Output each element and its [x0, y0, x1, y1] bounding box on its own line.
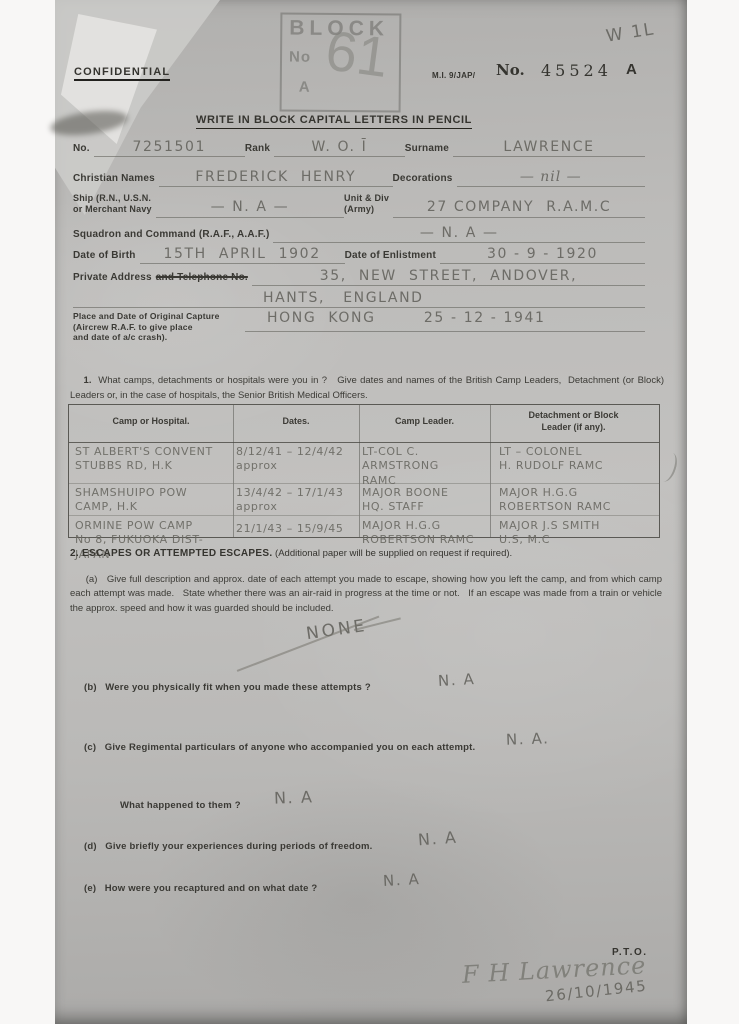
telephone-struck-label: and Telephone No. — [156, 272, 252, 287]
ship-value: — N. A — — [156, 200, 344, 217]
what-happened-label: What happened to them ? — [120, 800, 241, 812]
address-value-line1: 35, NEW STREET, ANDOVER, — [252, 269, 645, 286]
question-1-text: What camps, detachments or hospitals wer… — [70, 375, 667, 400]
rank-label: Rank — [245, 143, 274, 158]
christian-names-label: Christian Names — [73, 173, 159, 188]
cell-leader-1: LT-COL C. ARMSTRONG RAMC — [362, 445, 489, 488]
service-number-value: 7251501 — [94, 140, 245, 157]
cell-dates-2: 13/4/42 – 17/1/43 approx — [236, 486, 358, 515]
capture-label: Place and Date of Original Capture (Airc… — [73, 311, 245, 345]
col-header-leader: Camp Leader. — [359, 416, 490, 428]
row-address-continued: HANTS, ENGLAND — [73, 291, 645, 308]
unit-div-value: 27 COMPANY R.A.M.C — [393, 200, 645, 217]
rank-value: W. O. Ī — [274, 140, 405, 157]
row-capture: Place and Date of Original Capture (Airc… — [73, 311, 645, 345]
question-2a-text: (a) Give full description and approx. da… — [70, 573, 662, 616]
table-row-separator-2 — [69, 515, 659, 516]
row-christian-decorations: Christian Names FREDERICK HENRY Decorati… — [73, 170, 645, 187]
cell-block-3: MAJOR J.S SMITH U.S, M.C — [499, 519, 659, 548]
col-header-dates: Dates. — [233, 416, 359, 428]
table-header-separator — [69, 442, 659, 443]
question-2-heading-bold: 2. ESCAPES OR ATTEMPTED ESCAPES. — [70, 548, 272, 559]
stamp-no-sign: No — [289, 49, 311, 66]
stamp-letter: A — [299, 79, 310, 96]
question-2b-label: (b) Were you physically fit when you mad… — [84, 682, 371, 694]
cell-camp-2: SHAMSHUIPO POW CAMP, H.K — [75, 486, 231, 515]
date-of-birth-label: Date of Birth — [73, 250, 140, 265]
question-2-heading: 2. ESCAPES OR ATTEMPTED ESCAPES. (Additi… — [70, 548, 664, 559]
date-of-birth-value: 15TH APRIL 1902 — [140, 247, 345, 264]
question-2b-answer: N. A — [438, 671, 476, 689]
serial-suffix: A — [626, 61, 637, 78]
christian-names-value: FREDERICK HENRY — [159, 170, 393, 187]
squadron-label: Squadron and Command (R.A.F., A.A.F.) — [73, 229, 273, 244]
ship-label: Ship (R.N., U.S.N. or Merchant Navy — [73, 193, 156, 218]
serial-number: 45524 — [541, 61, 612, 80]
question-2e-label: (e) How were you recaptured and on what … — [84, 883, 317, 895]
stamp-number-pencil: 61 — [322, 17, 392, 90]
what-happened-answer: N. A — [274, 788, 314, 807]
enlistment-value: 30 - 9 - 1920 — [440, 247, 645, 264]
cell-camp-1: ST ALBERT'S CONVENT STUBBS RD, H.K — [75, 445, 231, 474]
cell-dates-3: 21/1/43 – 15/9/45 — [236, 522, 358, 536]
question-2e-answer: N. A — [383, 871, 421, 889]
surname-value: LAWRENCE — [453, 140, 645, 157]
decorations-label: Decorations — [393, 173, 457, 188]
surname-label: Surname — [405, 143, 453, 158]
row-private-address: Private Address and Telephone No. 35, NE… — [73, 269, 645, 286]
private-address-label: Private Address — [73, 272, 156, 287]
block-number-stamp: BLOCK No A 61 — [280, 12, 402, 112]
cell-leader-2: MAJOR BOONE HQ. STAFF — [362, 486, 489, 515]
no-sign: No. — [496, 61, 525, 79]
row-squadron: Squadron and Command (R.A.F., A.A.F.) — … — [73, 226, 645, 243]
mi9-reference: M.I. 9/JAP/ — [432, 71, 475, 80]
form-instruction: WRITE IN BLOCK CAPITAL LETTERS IN PENCIL — [196, 114, 472, 129]
camps-table: Camp or Hospital. Dates. Camp Leader. De… — [68, 404, 660, 538]
cell-block-1: LT – COLONEL H. RUDOLF RAMC — [499, 445, 655, 474]
question-2d-answer: N. A — [417, 829, 458, 849]
cell-block-2: MAJOR H.G.G ROBERTSON RAMC — [499, 486, 655, 515]
cell-leader-3: MAJOR H.G.G ROBERTSON RAMC — [362, 519, 492, 548]
capture-value: HONG KONG 25 - 12 - 1941 — [245, 311, 645, 332]
row-birth-enlistment: Date of Birth 15TH APRIL 1902 Date of En… — [73, 247, 645, 264]
classification-label: CONFIDENTIAL — [74, 66, 170, 81]
question-2c-label: (c) Give Regimental particulars of anyon… — [84, 742, 475, 754]
scanned-pow-questionnaire: CONFIDENTIAL BLOCK No A 61 W 1L M.I. 9/J… — [0, 0, 739, 1024]
question-2-heading-note: (Additional paper will be supplied on re… — [272, 548, 512, 559]
question-2d-label: (d) Give briefly your experiences during… — [84, 841, 373, 853]
col-header-block: Detachment or Block Leader (if any). — [490, 410, 657, 433]
col-header-camp: Camp or Hospital. — [69, 416, 233, 428]
enlistment-label: Date of Enlistment — [345, 250, 440, 265]
squadron-value: — N. A — — [273, 226, 645, 243]
question-2c-answer: N. A. — [506, 730, 550, 748]
row-no-rank-surname: No. 7251501 Rank W. O. Ī Surname LAWRENC… — [73, 140, 645, 157]
row-ship-unit: Ship (R.N., U.S.N. or Merchant Navy — N.… — [73, 193, 645, 218]
decorations-value: — nil — — [457, 170, 645, 187]
no-label: No. — [73, 143, 94, 158]
address-value-line2: HANTS, ENGLAND — [73, 291, 645, 308]
cell-dates-1: 8/12/41 – 12/4/42 approx — [236, 445, 358, 474]
unit-div-label: Unit & Div (Army) — [344, 193, 393, 218]
